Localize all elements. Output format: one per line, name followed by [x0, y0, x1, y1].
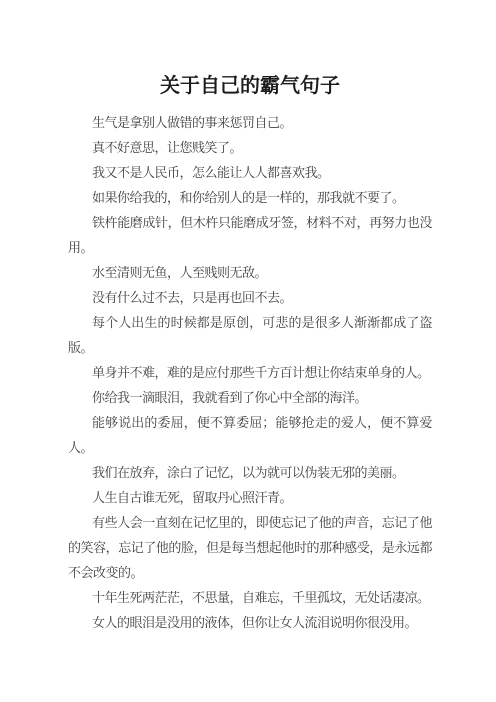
paragraph: 女人的眼泪是没用的液体，但你让女人流泪说明你很没用。 — [68, 610, 432, 635]
paragraph: 有些人会一直刻在记忆里的，即使忘记了他的声音，忘记了他的笑容，忘记了他的脸，但是… — [68, 510, 432, 585]
paragraph: 十年生死两茫茫，不思量，自难忘，千里孤坟，无处话凄凉。 — [68, 585, 432, 610]
paragraph: 铁杵能磨成针，但木杵只能磨成牙签，材料不对，再努力也没用。 — [68, 210, 432, 260]
paragraph: 如果你给我的，和你给别人的是一样的，那我就不要了。 — [68, 185, 432, 210]
paragraph: 你给我一滴眼泪，我就看到了你心中全部的海洋。 — [68, 385, 432, 410]
paragraph: 水至清则无鱼，人至贱则无敌。 — [68, 260, 432, 285]
paragraph: 单身并不难，难的是应付那些千方百计想让你结束单身的人。 — [68, 360, 432, 385]
paragraph: 真不好意思，让您贱笑了。 — [68, 135, 432, 160]
paragraph: 没有什么过不去，只是再也回不去。 — [68, 285, 432, 310]
document-body: 生气是拿别人做错的事来惩罚自己。真不好意思，让您贱笑了。我又不是人民币，怎么能让… — [68, 110, 432, 635]
paragraph: 生气是拿别人做错的事来惩罚自己。 — [68, 110, 432, 135]
document-page: 关于自己的霸气句子 生气是拿别人做错的事来惩罚自己。真不好意思，让您贱笑了。我又… — [0, 0, 496, 702]
paragraph: 每个人出生的时候都是原创，可悲的是很多人渐渐都成了盗版。 — [68, 310, 432, 360]
paragraph: 我又不是人民币，怎么能让人人都喜欢我。 — [68, 160, 432, 185]
paragraph: 我们在放弃，涂白了记忆，以为就可以伪装无邪的美丽。 — [68, 460, 432, 485]
paragraph: 人生自古谁无死，留取丹心照汗青。 — [68, 485, 432, 510]
page-title: 关于自己的霸气句子 — [68, 71, 432, 101]
paragraph: 能够说出的委屈，便不算委屈；能够抢走的爱人，便不算爱人。 — [68, 410, 432, 460]
